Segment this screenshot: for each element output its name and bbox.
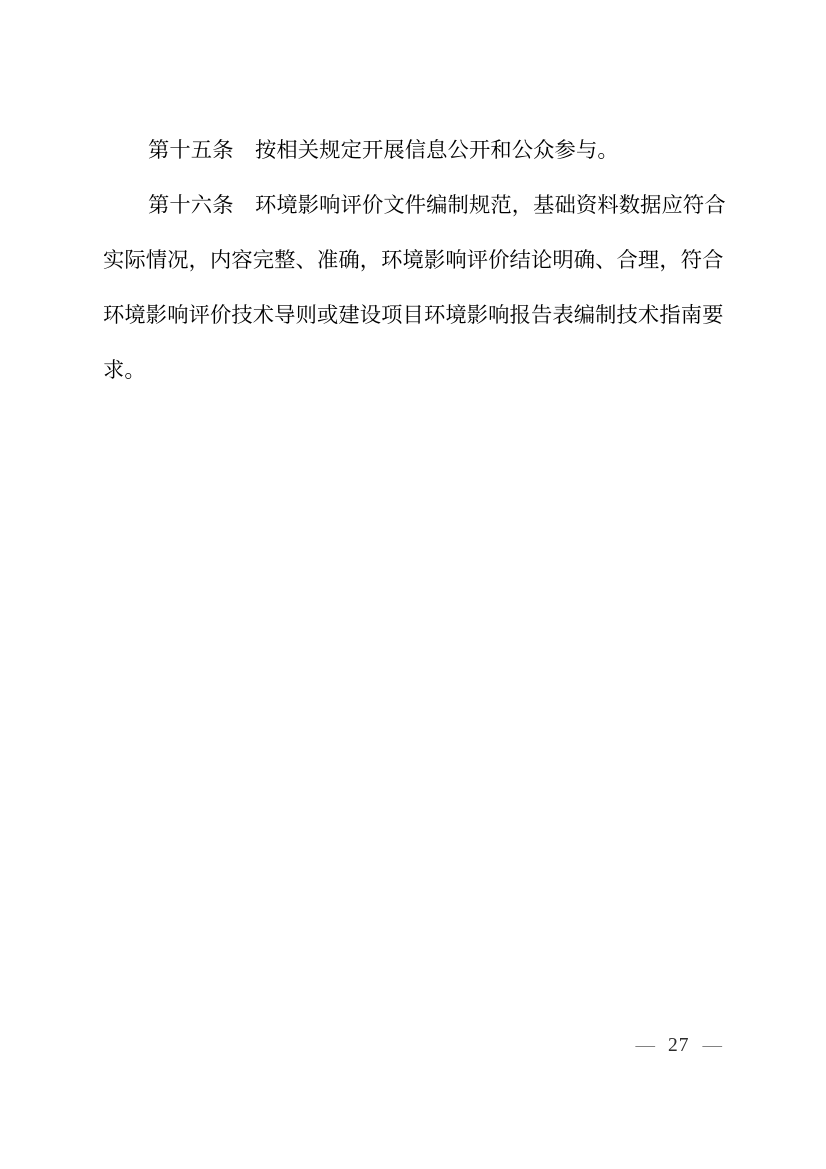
footer-dash-right: — (703, 1036, 723, 1056)
paragraph-line: 求。 (103, 343, 726, 398)
document-page: 第十五条 按相关规定开展信息公开和公众参与。 第十六条 环境影响评价文件编制规范… (0, 0, 826, 1169)
document-body: 第十五条 按相关规定开展信息公开和公众参与。 第十六条 环境影响评价文件编制规范… (103, 123, 726, 398)
page-number: 27 (668, 1036, 690, 1056)
paragraph-line: 第十六条 环境影响评价文件编制规范，基础资料数据应符合 (103, 178, 726, 233)
paragraph-line: 环境影响评价技术导则或建设项目环境影响报告表编制技术指南要 (103, 288, 726, 343)
paragraph-line: 第十五条 按相关规定开展信息公开和公众参与。 (103, 123, 726, 178)
footer-dash-left: — (636, 1036, 656, 1056)
page-footer: — 27 — (636, 1033, 723, 1059)
paragraph-line: 实际情况，内容完整、准确，环境影响评价结论明确、合理，符合 (103, 233, 726, 288)
